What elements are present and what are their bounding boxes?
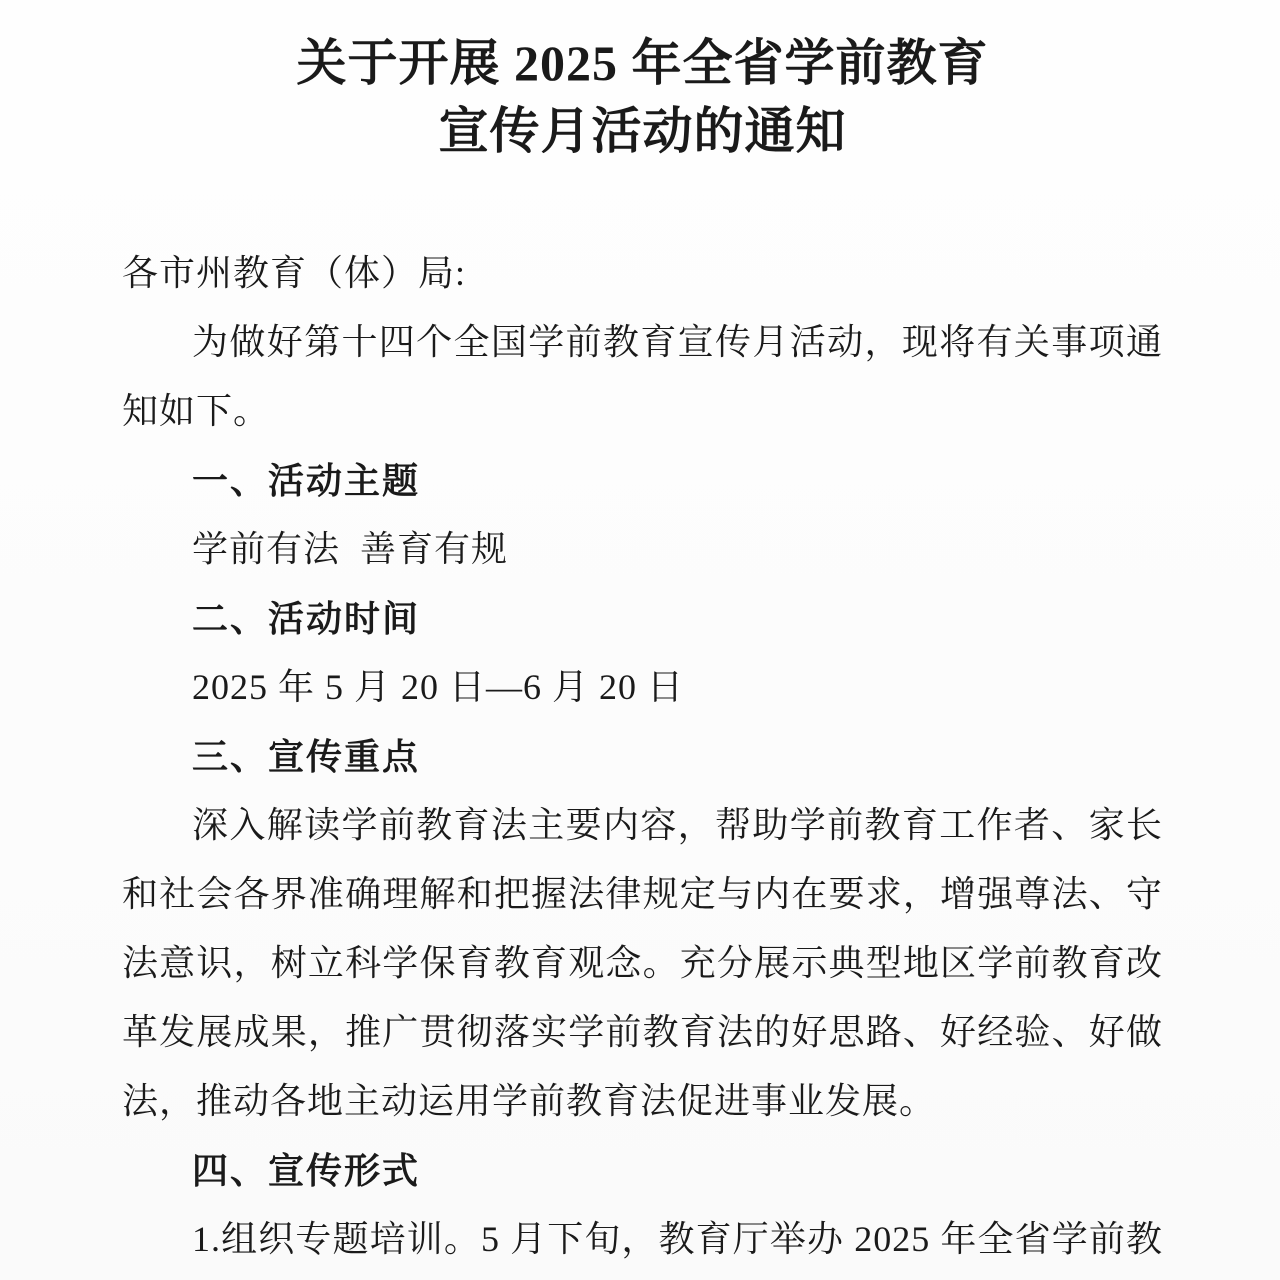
intro-paragraph-line-1: 为做好第十四个全国学前教育宣传月活动，现将有关事项通 bbox=[122, 308, 1163, 377]
document-page: 关于开展 2025 年全省学前教育 宣传月活动的通知 各市州教育（体）局: 为做… bbox=[0, 0, 1280, 1280]
section-1-heading: 一、活动主题 bbox=[122, 446, 1163, 515]
document-title-line-1: 关于开展 2025 年全省学前教育 bbox=[122, 29, 1163, 97]
document-body: 各市州教育（体）局: 为做好第十四个全国学前教育宣传月活动，现将有关事项通 知如… bbox=[122, 239, 1163, 1274]
publicity-form-line-1: 1.组织专题培训。5 月下旬，教育厅举办 2025 年全省学前教 bbox=[122, 1205, 1163, 1274]
document-title-line-2: 宣传月活动的通知 bbox=[122, 97, 1163, 165]
section-4-heading: 四、宣传形式 bbox=[122, 1136, 1163, 1205]
publicity-focus-line-5: 法，推动各地主动运用学前教育法促进事业发展。 bbox=[122, 1067, 1163, 1136]
publicity-focus-line-1: 深入解读学前教育法主要内容，帮助学前教育工作者、家长 bbox=[122, 791, 1163, 860]
publicity-focus-line-4: 革发展成果，推广贯彻落实学前教育法的好思路、好经验、好做 bbox=[122, 998, 1163, 1067]
section-3-heading: 三、宣传重点 bbox=[122, 722, 1163, 791]
document-title: 关于开展 2025 年全省学前教育 宣传月活动的通知 bbox=[122, 29, 1163, 165]
publicity-focus-line-2: 和社会各界准确理解和把握法律规定与内在要求，增强尊法、守 bbox=[122, 860, 1163, 929]
publicity-focus-line-3: 法意识，树立科学保育教育观念。充分展示典型地区学前教育改 bbox=[122, 929, 1163, 998]
activity-theme-line: 学前有法 善育有规 bbox=[122, 515, 1163, 584]
activity-time-line: 2025 年 5 月 20 日—6 月 20 日 bbox=[122, 653, 1163, 722]
salutation: 各市州教育（体）局: bbox=[122, 239, 1163, 308]
section-2-heading: 二、活动时间 bbox=[122, 584, 1163, 653]
intro-paragraph-line-2: 知如下。 bbox=[122, 377, 1163, 446]
